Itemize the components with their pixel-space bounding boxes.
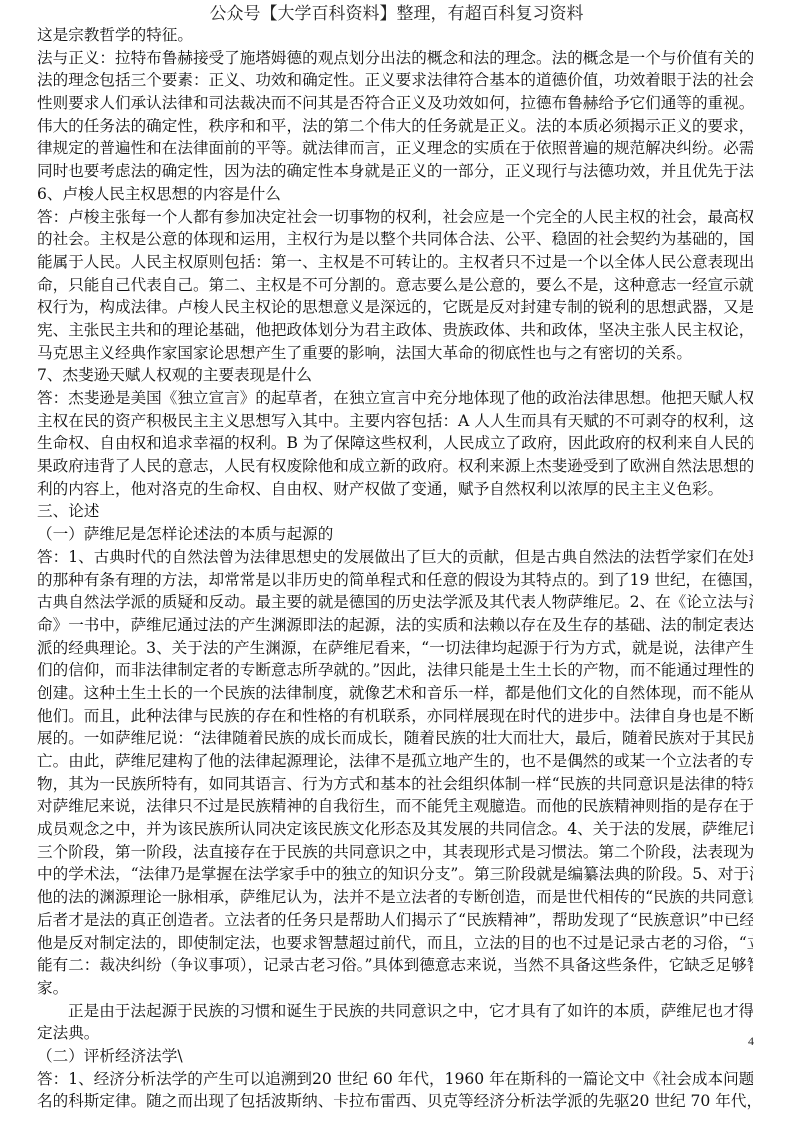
text-line: 中的学术法，“法律乃是掌握在法学家手中的独立的知识分支”。第三阶段就是编纂法典的… — [37, 863, 753, 886]
text-line: 对萨维尼来说，法律只不过是民族精神的自我衍生，而不能凭主观臆造。而他的民族精神则… — [37, 795, 753, 818]
text-line: 古典自然法学派的质疑和反动。最主要的就是德国的历史法学派及其代表人物萨维尼。2、… — [37, 591, 753, 614]
text-line: 正是由于法起源于民族的习惯和诞生于民族的共同意识之中，它才具有了如许的本质，萨维… — [37, 1000, 753, 1023]
text-line: （二）评析经济法学\ — [37, 1045, 753, 1068]
text-line: 能有二：裁决纠纷（争议事项），记录古老习俗。”具体到德意志来说，当然不具备这些条… — [37, 954, 753, 977]
text-line: 后者才是法的真正创造者。立法者的任务只是帮助人们揭示了“民族精神”，帮助发现了“… — [37, 909, 753, 932]
text-line: 定法典。 — [37, 1022, 753, 1045]
text-line: 创建。这种土生土长的一个民族的法律制度，就像艺术和音乐一样，都是他们文化的自然体… — [37, 682, 753, 705]
text-line: 6、卢梭人民主权思想的内容是什么 — [37, 183, 753, 206]
text-line: 果政府违背了人民的意志，人民有权废除他和成立新的政府。权利来源上杰斐逊受到了欧洲… — [37, 455, 753, 478]
text-line: 7、杰斐逊天赋人权观的主要表现是什么 — [37, 364, 753, 387]
text-line: 物，其为一民族所特有，如同其语言、行为方式和基本的社会组织体制一样“民族的共同意… — [37, 773, 753, 796]
text-line: 家。 — [37, 977, 753, 1000]
text-line: 派的经典理论。3、关于法的产生渊源，在萨维尼看来，“一切法律均起源于行为方式，就… — [37, 637, 753, 660]
text-line: 法与正义：拉特布鲁赫接受了施塔姆德的观点划分出法的概念和法的理念。法的概念是一个… — [37, 47, 753, 70]
text-line: 成员观念之中，并为该民族所认同决定该民族文化形态及其发展的共同信念。4、关于法的… — [37, 818, 753, 841]
text-line: （一）萨维尼是怎样论述法的本质与起源的 — [37, 523, 753, 546]
text-line: 他的法的渊源理论一脉相承，萨维尼认为，法并不是立法者的专断创造，而是世代相传的“… — [37, 886, 753, 909]
text-line: 展的。一如萨维尼说：“法律随着民族的成长而成长，随着民族的壮大而壮大，最后，随着… — [37, 727, 753, 750]
text-line: 命，只能自己代表自己。第二、主权是不可分割的。意志要么是公意的，要么不是，这种意… — [37, 274, 753, 297]
text-line: 主权在民的资产积极民主主义思想写入其中。主要内容包括：A 人人生而具有天赋的不可… — [37, 410, 753, 433]
text-line: 答：1、古典时代的自然法曾为法律思想史的发展做出了巨大的贡献，但是古典自然法的法… — [37, 546, 753, 569]
text-line: 他是反对制定法的，即使制定法，也要求智慧超过前代，而且，立法的目的也不过是记录古… — [37, 932, 753, 955]
text-line: 三、论述 — [37, 500, 753, 523]
text-line: 亡。由此，萨维尼建构了他的法律起源理论，法律不是孤立地产生的，也不是偶然的或某一… — [37, 750, 753, 773]
document-body: 这是宗教哲学的特征。法与正义：拉特布鲁赫接受了施塔姆德的观点划分出法的概念和法的… — [37, 24, 753, 1113]
text-line: 伟大的任务法的确定性，秩序和和平，法的第二个伟大的任务就是正义。法的本质必须揭示… — [37, 115, 753, 138]
text-line: 命》一书中，萨维尼通过法的产生渊源即法的起源，法的实质和法赖以存在及生存的基础、… — [37, 614, 753, 637]
text-line: 三个阶段，第一阶段，法直接存在于民族的共同意识之中，其表现形式是习惯法。第二个阶… — [37, 841, 753, 864]
text-line: 名的科斯定律。随之而出现了包括波斯纳、卡拉布雷西、贝克等经济分析法学派的先驱20… — [37, 1090, 753, 1113]
text-line: 这是宗教哲学的特征。 — [37, 24, 753, 47]
text-line: 他们。而且，此种法律与民族的存在和性格的有机联系，亦同样展现在时代的进步中。法律… — [37, 705, 753, 728]
text-line: 答：1、经济分析法学的产生可以追溯到20 世纪 60 年代，1960 年在斯科的… — [37, 1068, 753, 1091]
text-line: 马克思主义经典作家国家论思想产生了重要的影响，法国大革命的彻底性也与之有密切的关… — [37, 342, 753, 365]
text-line: 宪、主张民主共和的理论基础，他把政体划分为君主政体、贵族政体、共和政体，坚决主张… — [37, 319, 753, 342]
text-line: 能属于人民。人民主权原则包括：第一、主权是不可转让的。主权者只不过是一个以全体人… — [37, 251, 753, 274]
text-line: 答：杰斐逊是美国《独立宣言》的起草者，在独立宣言中充分地体现了他的政治法律思想。… — [37, 387, 753, 410]
text-line: 权行为，构成法律。卢梭人民主权论的思想意义是深远的，它既是反对封建专制的锐利的思… — [37, 296, 753, 319]
text-line: 生命权、自由权和追求幸福的权利。B 为了保障这些权利，人民成立了政府，因此政府的… — [37, 432, 753, 455]
page-number: 4 — [748, 1034, 754, 1049]
text-line: 性则要求人们承认法律和司法裁决而不问其是否符合正义及功效如何，拉德布鲁赫给予它们… — [37, 92, 753, 115]
text-line: 的社会。主权是公意的体现和运用，主权行为是以整个共同体合法、公平、稳固的社会契约… — [37, 228, 753, 251]
text-line: 的那种有条有理的方法，却常常是以非历史的简单程式和任意的假设为其特点的。到了19… — [37, 569, 753, 592]
text-line: 答：卢梭主张每一个人都有参加决定社会一切事物的权利，社会应是一个完全的人民主权的… — [37, 206, 753, 229]
text-line: 律规定的普遍性和在法律面前的平等。就法律而言，正义理念的实质在于依照普遍的规范解… — [37, 137, 753, 160]
page-header: 公众号【大学百科资料】整理，有超百科复习资料 — [0, 3, 793, 25]
text-line: 法的理念包括三个要素：正义、功效和确定性。正义要求法律符合基本的道德价值，功效着… — [37, 69, 753, 92]
text-line: 利的内容上，他对洛克的生命权、自由权、财产权做了变通，赋予自然权利以浓厚的民主主… — [37, 478, 753, 501]
text-line: 们的信仰，而非法律制定者的专断意志所孕就的。”因此，法律只能是土生土长的产物，而… — [37, 659, 753, 682]
text-line: 同时也要考虑法的确定性，因为法的确定性本身就是正义的一部分，正义现行与法德功效，… — [37, 160, 753, 183]
